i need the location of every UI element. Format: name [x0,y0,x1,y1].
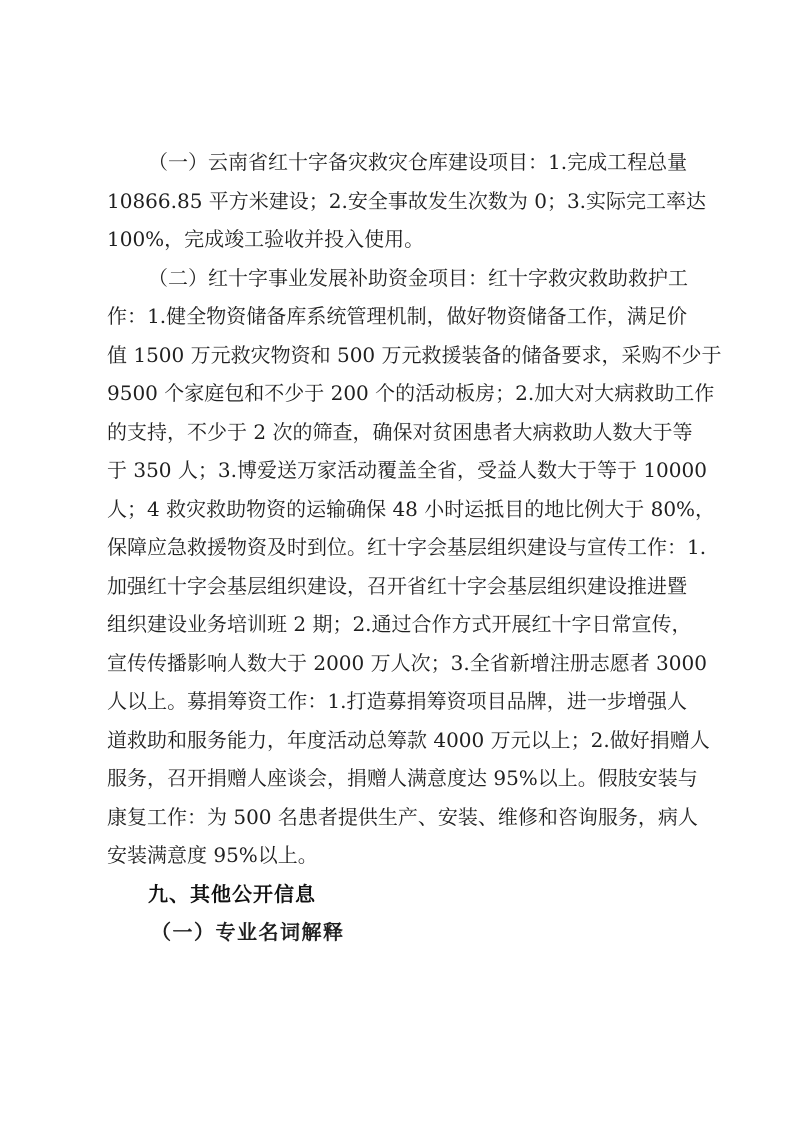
text-line: 9500 个家庭包和不少于 200 个的活动板房；2.加大对大病救助工作 [107,374,687,413]
text-line: 于 350 人；3.博爱送万家活动覆盖全省，受益人数大于等于 10000 [107,451,687,490]
text-line: 作：1.健全物资储备库系统管理机制，做好物资储备工作，满足价 [107,297,687,336]
text-line: 的支持，不少于 2 次的筛查，确保对贫困患者大病救助人数大于等 [107,413,687,452]
subsection-heading: （一）专业名词解释 [107,913,687,952]
text-line: （一）云南省红十字备灾救灾仓库建设项目：1.完成工程总量 [107,143,687,182]
section-heading: 九、其他公开信息 [107,875,687,914]
text-line: 安装满意度 95%以上。 [107,836,687,875]
text-line: 康复工作：为 500 名患者提供生产、安装、维修和咨询服务，病人 [107,798,687,837]
text-line: 值 1500 万元救灾物资和 500 万元救援装备的储备要求，采购不少于 [107,336,687,375]
text-line: （二）红十字事业发展补助资金项目：红十字救灾救助救护工 [107,259,687,298]
text-line: 组织建设业务培训班 2 期；2.通过合作方式开展红十字日常宣传， [107,605,687,644]
document-page: （一）云南省红十字备灾救灾仓库建设项目：1.完成工程总量 10866.85 平方… [107,143,687,952]
paragraph-red-cross-subsidy-project: （二）红十字事业发展补助资金项目：红十字救灾救助救护工 作：1.健全物资储备库系… [107,259,687,875]
text-line: 保障应急救援物资及时到位。红十字会基层组织建设与宣传工作：1. [107,528,687,567]
paragraph-warehouse-project: （一）云南省红十字备灾救灾仓库建设项目：1.完成工程总量 10866.85 平方… [107,143,687,259]
text-line: 加强红十字会基层组织建设，召开省红十字会基层组织建设推进暨 [107,567,687,606]
text-line: 人以上。募捐筹资工作：1.打造募捐筹资项目品牌，进一步增强人 [107,682,687,721]
text-line: 10866.85 平方米建设；2.安全事故发生次数为 0；3.实际完工率达 [107,182,687,221]
text-line: 100%，完成竣工验收并投入使用。 [107,220,687,259]
text-line: 道救助和服务能力，年度活动总筹款 4000 万元以上；2.做好捐赠人 [107,721,687,760]
text-line: 服务，召开捐赠人座谈会，捐赠人满意度达 95%以上。假肢安装与 [107,759,687,798]
text-line: 宣传传播影响人数大于 2000 万人次；3.全省新增注册志愿者 3000 [107,644,687,683]
text-line: 人；4 救灾救助物资的运输确保 48 小时运抵目的地比例大于 80%， [107,490,687,529]
